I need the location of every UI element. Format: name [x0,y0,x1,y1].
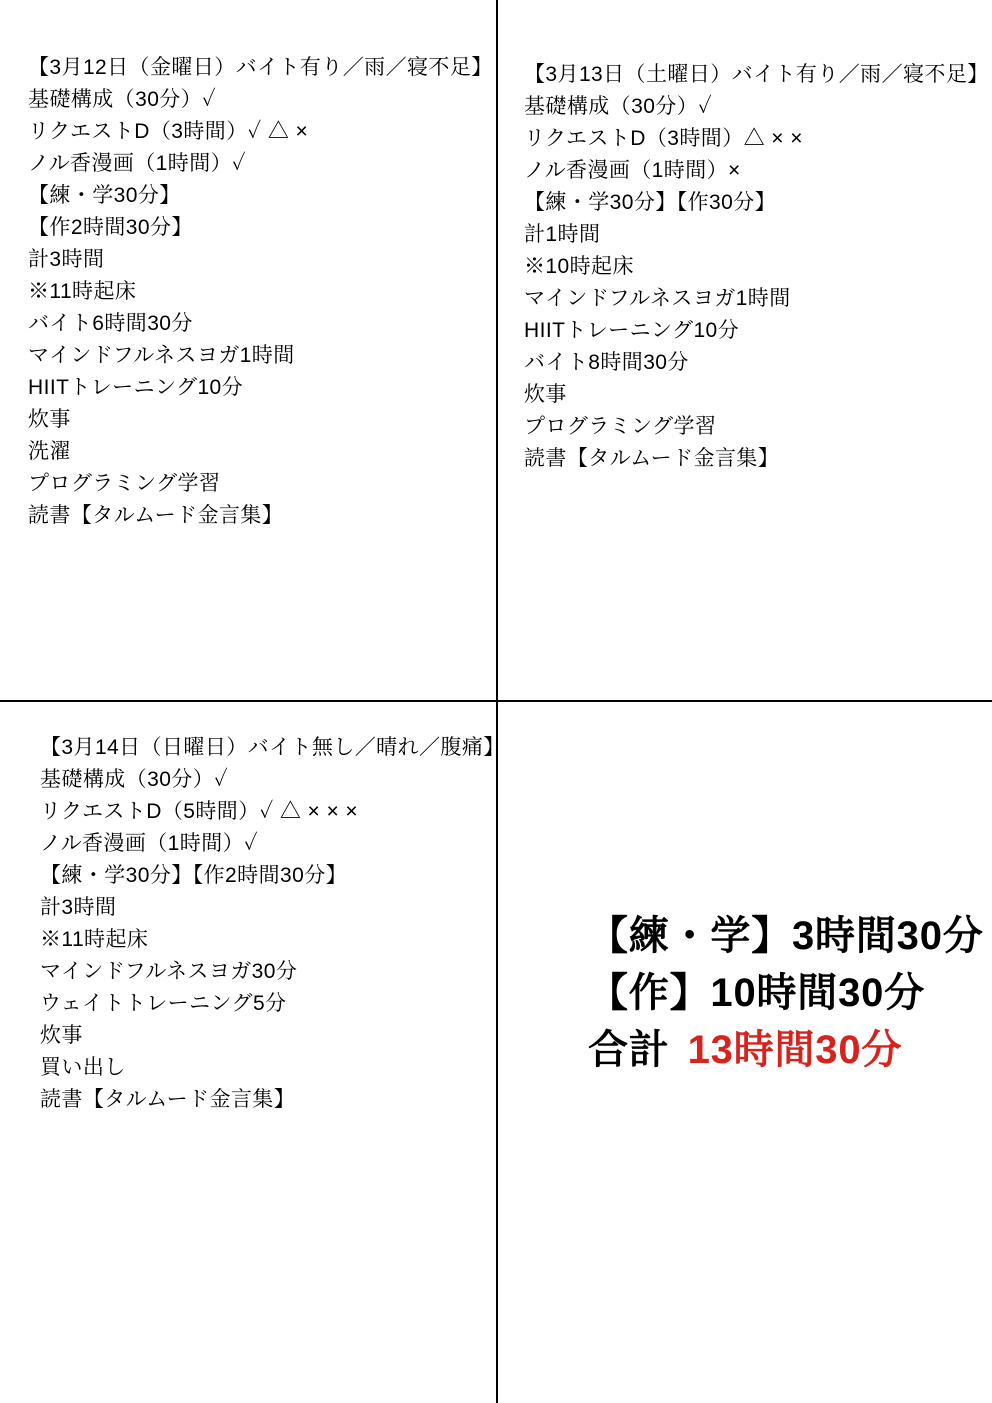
log-line: リクエストD（5時間）✓ △ × × × [40,796,490,828]
log-line: ※11時起床 [28,276,490,308]
log-day-march-12: 【3月12日（金曜日）バイト有り／雨／寝不足】 基礎構成（30分）✓リクエストD… [28,52,490,532]
log-line: 読書【タルムード金言集】 [28,500,490,532]
log-line: HIITトレーニング10分 [28,372,490,404]
log-line: 炊事 [40,1020,490,1052]
log-line: プログラミング学習 [28,468,490,500]
summary-practice-study: 【練・学】3時間30分 [588,908,984,965]
summary-total: 合計13時間30分 [588,1022,984,1079]
log-day-march-13: 【3月13日（土曜日）バイト有り／雨／寝不足】 基礎構成（30分）✓リクエストD… [524,59,986,475]
log-line: 基礎構成（30分）✓ [40,764,490,796]
day-header: 【3月14日（日曜日）バイト無し／晴れ／腹痛】 [40,732,490,764]
log-line: マインドフルネスヨガ30分 [40,956,490,988]
log-line: リクエストD（3時間）✓ △ × [28,116,490,148]
weekly-summary: 【練・学】3時間30分 【作】10時間30分 合計13時間30分 [588,908,984,1079]
day-header: 【3月13日（土曜日）バイト有り／雨／寝不足】 [524,59,986,91]
log-line: 【練・学30分】 [28,180,490,212]
log-line: 読書【タルムード金言集】 [524,443,986,475]
log-line: ウェイトトレーニング5分 [40,988,490,1020]
log-line: 計3時間 [40,892,490,924]
log-line: 計3時間 [28,244,490,276]
day-lines: 基礎構成（30分）✓リクエストD（3時間）✓ △ ×ノル香漫画（1時間）✓【練・… [28,84,490,532]
log-line: 炊事 [524,379,986,411]
day-header: 【3月12日（金曜日）バイト有り／雨／寝不足】 [28,52,490,84]
day-lines: 基礎構成（30分）✓リクエストD（3時間）△ × ×ノル香漫画（1時間）×【練・… [524,91,986,475]
log-line: バイト8時間30分 [524,347,986,379]
diary-page: 【3月12日（金曜日）バイト有り／雨／寝不足】 基礎構成（30分）✓リクエストD… [0,0,992,1403]
log-line: 炊事 [28,404,490,436]
summary-total-value: 13時間30分 [688,1028,903,1072]
log-line: 【練・学30分】【作2時間30分】 [40,860,490,892]
log-line: 洗濯 [28,436,490,468]
log-line: ※10時起床 [524,251,986,283]
log-day-march-14: 【3月14日（日曜日）バイト無し／晴れ／腹痛】 基礎構成（30分）✓リクエストD… [40,732,490,1116]
log-line: ノル香漫画（1時間）✓ [40,828,490,860]
log-line: リクエストD（3時間）△ × × [524,123,986,155]
log-line: HIITトレーニング10分 [524,315,986,347]
log-line: 基礎構成（30分）✓ [524,91,986,123]
log-line: プログラミング学習 [524,411,986,443]
log-line: バイト6時間30分 [28,308,490,340]
log-line: 読書【タルムード金言集】 [40,1084,490,1116]
log-line: ノル香漫画（1時間）✓ [28,148,490,180]
summary-total-label: 合計 [588,1028,670,1072]
day-lines: 基礎構成（30分）✓リクエストD（5時間）✓ △ × × ×ノル香漫画（1時間）… [40,764,490,1116]
log-line: ノル香漫画（1時間）× [524,155,986,187]
log-line: 買い出し [40,1052,490,1084]
log-line: 【練・学30分】【作30分】 [524,187,986,219]
log-line: 基礎構成（30分）✓ [28,84,490,116]
log-line: 【作2時間30分】 [28,212,490,244]
log-line: ※11時起床 [40,924,490,956]
horizontal-divider-line [0,700,992,702]
log-line: 計1時間 [524,219,986,251]
log-line: マインドフルネスヨガ1時間 [524,283,986,315]
summary-work: 【作】10時間30分 [588,965,984,1022]
log-line: マインドフルネスヨガ1時間 [28,340,490,372]
